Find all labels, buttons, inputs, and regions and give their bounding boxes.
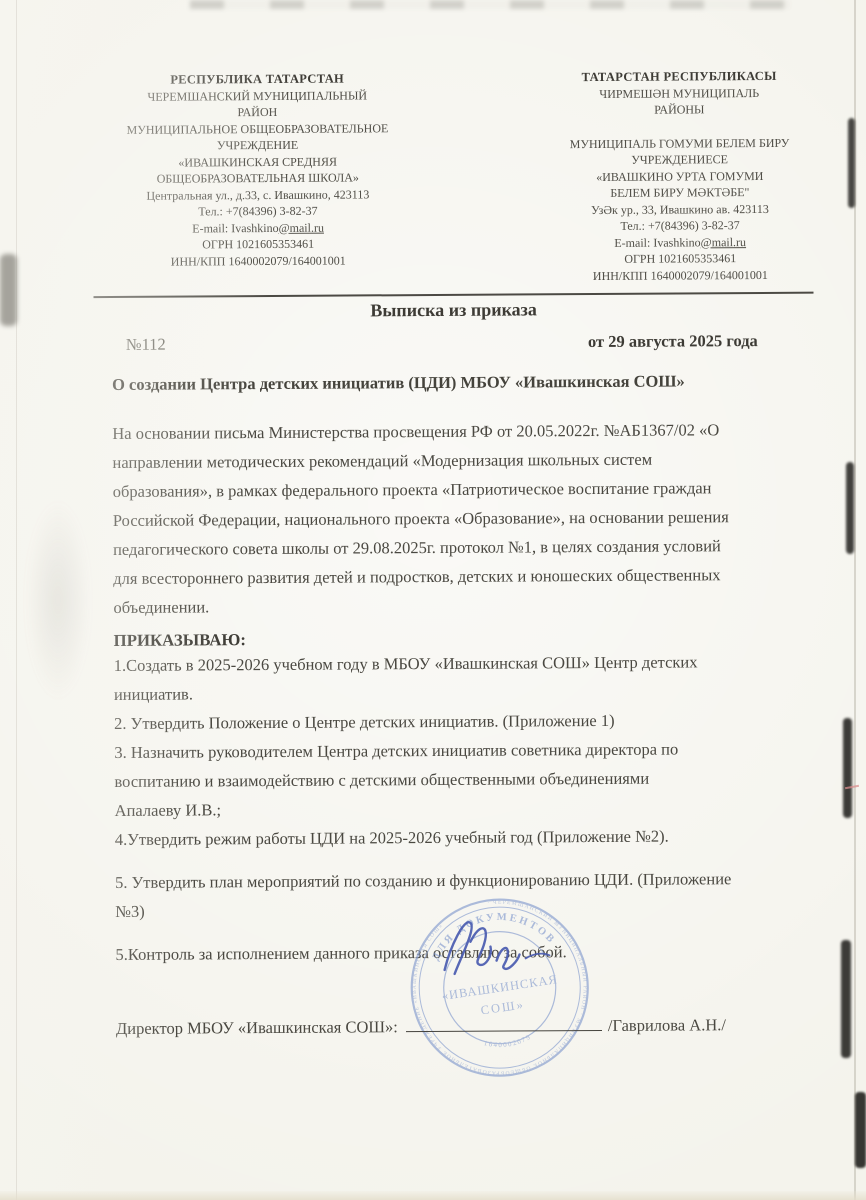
org-email-tt: E-mail: Ivashkino@mail.ru [512,233,848,252]
org-inn-tt: ИНН/КПП 1640002079/164001001 [512,266,848,285]
org-email-tt-link: @mail.ru [701,235,746,249]
order-item-4: 4.Утвердить режим работы ЦДИ на 2025-202… [115,821,815,854]
letterhead-russian: РЕСПУБЛИКА ТАТАРСТАН ЧЕРЕМШАНСКИЙ МУНИЦИ… [73,70,442,270]
org-district-tt-2: РАЙОНЫ [511,100,847,119]
org-email-tt-prefix: E-mail: Ivashkino [614,235,700,250]
org-republic-tt: ТАТАРСТАН РЕСПУБЛИКАСЫ [511,67,847,86]
order-subject: О создании Центра детских инициатив (ЦДИ… [112,371,812,395]
org-type-tt-2: УЧРЕЖДЕНИЕСЕ [512,150,848,169]
org-type-ru: МУНИЦИПАЛЬНОЕ ОБЩЕОБРАЗОВАТЕЛЬНОЕ [73,119,441,138]
order-preamble: На основании письма Министерства просвещ… [112,415,807,622]
signature-label: Директор МБОУ «Ивашкинская СОШ»: [116,1017,398,1039]
document-title: Выписка из приказа [94,298,814,323]
divider-line [94,292,814,298]
handwritten-signature [430,905,562,984]
org-email-ru-link: @mail.ru [279,220,324,234]
org-type-tt: МУНИЦИПАЛЬ ГОМУМИ БЕЛЕМ БИРУ [512,134,848,153]
scanned-document-page: РЕСПУБЛИКА ТАТАРСТАН ЧЕРЕМШАНСКИЙ МУНИЦИ… [0,0,866,1200]
number-date-row: №112 от 29 августа 2025 года [112,331,794,355]
order-item-2: 2. Утвердить Положение о Центре детских … [114,705,814,738]
org-ogrn-tt: ОГРН 1021605353461 [512,249,848,268]
org-name-tt-2: БЕЛЕМ БИРУ МӘКТӘБЕ" [512,183,848,202]
order-number: №112 [112,335,166,355]
org-name-tt: «ИВАШКИНО УРТА ГОМУМИ [512,167,848,186]
letterhead: РЕСПУБЛИКА ТАТАРСТАН ЧЕРЕМШАНСКИЙ МУНИЦИ… [0,67,864,287]
signature-line [406,1016,602,1032]
order-item-3: 3. Назначить руководителем Центра детски… [114,734,815,825]
stamp-center-line2: СОШ» [480,997,526,1017]
org-district-tt: ЧИРМЕШӘН МУНИЦИПАЛЬ [511,84,847,103]
order-date: от 29 августа 2025 года [588,331,794,352]
signature-name: /Гаврилова А.Н./ [608,1015,726,1036]
letterhead-tatar: ТАТАРСТАН РЕСПУБЛИКАСЫ ЧИРМЕШӘН МУНИЦИПА… [511,67,848,284]
order-item-1: 1.Создать в 2025-2026 учебном году в МБО… [114,647,814,709]
org-phone-tt: Тел.: +7(84396) 3-82-37 [512,216,848,235]
org-email-ru-prefix: E-mail: Ivashkino [192,220,278,235]
org-address-tt: УзӘк ур., 33, Ивашкино ав. 423113 [512,200,848,219]
signature-row: Директор МБОУ «Ивашкинская СОШ»: /Гаврил… [116,1015,816,1039]
org-inn-ru: ИНН/КПП 1640002079/164001001 [74,251,442,270]
